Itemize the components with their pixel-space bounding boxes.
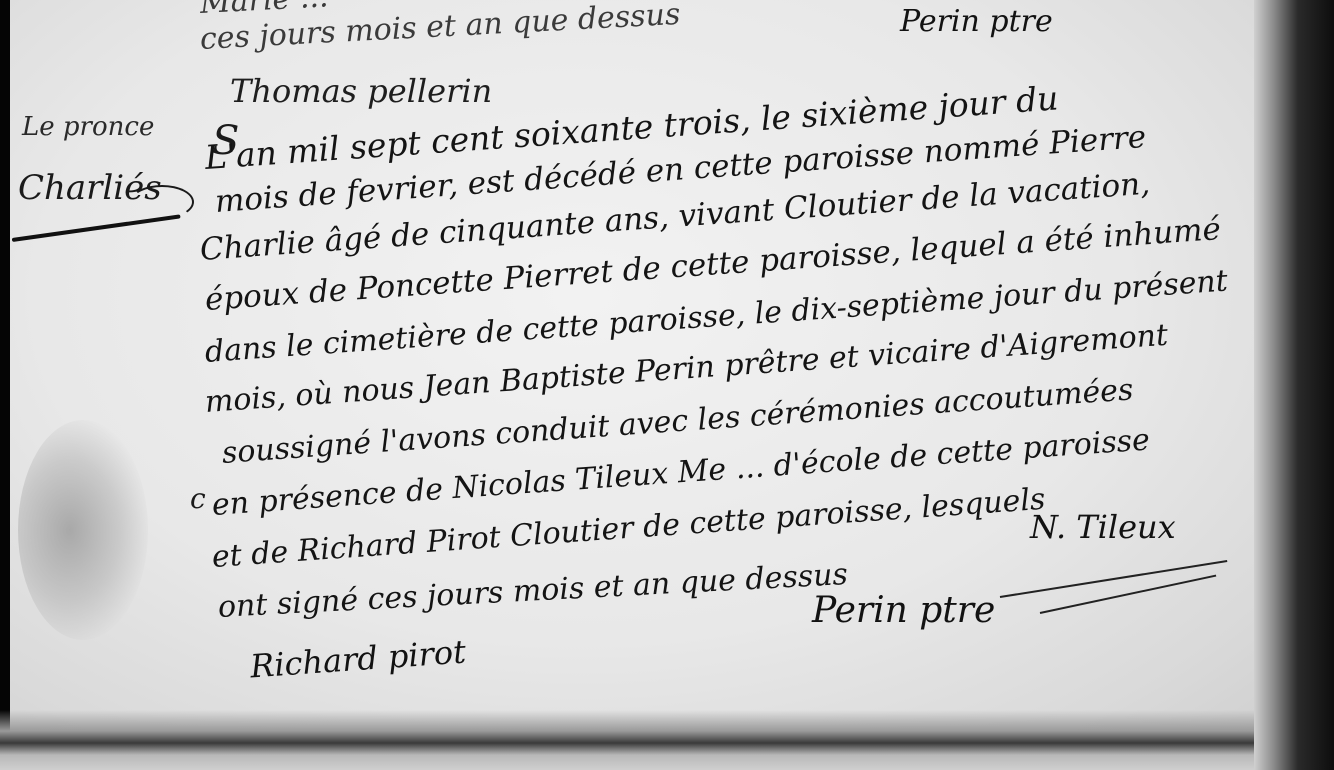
signature-perin-previous: Perin ptre [900, 4, 1053, 39]
page-bottom-edge [0, 710, 1334, 770]
margin-c-mark: c [190, 482, 206, 515]
margin-note-title: Le pronce [22, 112, 154, 142]
scanned-register-page: Marie ... ces jours mois et an que dessu… [0, 0, 1334, 770]
book-binding-shadow [1254, 0, 1334, 770]
signature-tileux: N. Tileux [1030, 508, 1176, 546]
signature-thomas-pellerin: Thomas pellerin [230, 72, 492, 110]
signature-perin: Perin ptre [812, 590, 995, 631]
margin-flourish [130, 185, 194, 219]
paper-stain [18, 420, 148, 640]
